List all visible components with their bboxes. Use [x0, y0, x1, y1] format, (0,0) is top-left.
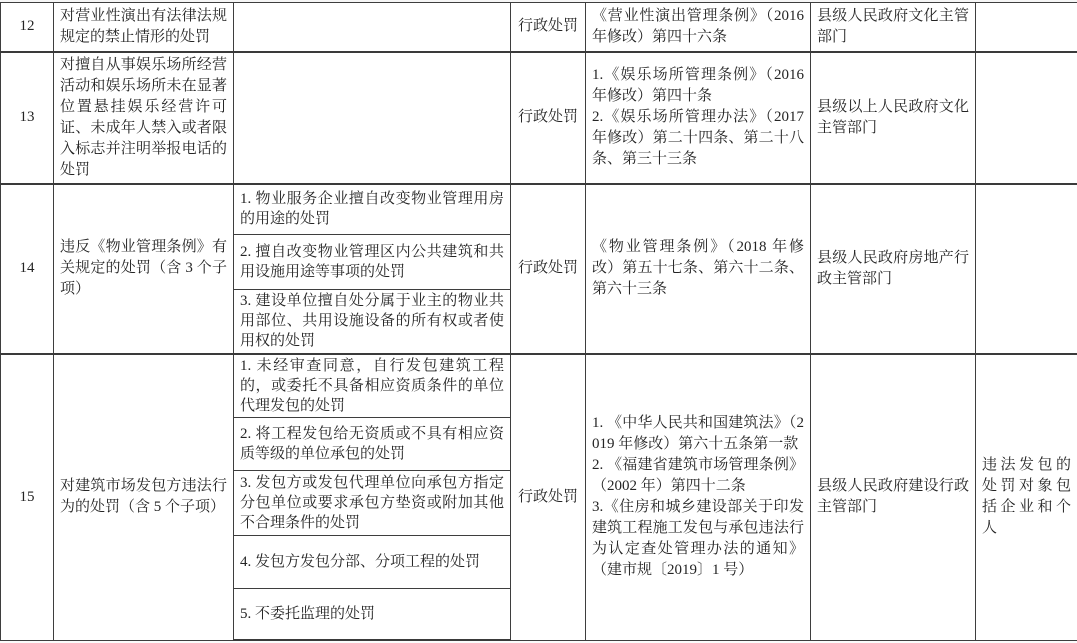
row14-item: 违反《物业管理条例》有关规定的处罚（含 3 个子项）: [54, 184, 234, 354]
row15-subitem-2: 2. 将工程发包给无资质或不具有相应资质等级的单位承包的处罚: [234, 417, 511, 470]
row15-remark: 违法发包的处罚对象包括企业和个人: [976, 354, 1077, 641]
row12-remark: [976, 3, 1077, 52]
row15-subitem-4: 4. 发包方发包分部、分项工程的处罚: [234, 535, 511, 588]
row13-remark: [976, 52, 1077, 184]
penalty-table: 12 对营业性演出有法律法规规定的禁止情形的处罚 行政处罚 《营业性演出管理条例…: [0, 2, 1077, 641]
row15-subitem-5: 5. 不委托监理的处罚: [234, 588, 511, 640]
row15-subitem-1: 1. 未经审查同意，自行发包建筑工程的，或委托不具备相应资质条件的单位代理发包的…: [234, 354, 511, 418]
row14-penalty-type: 行政处罚: [511, 184, 586, 354]
row13-subitem-empty: [234, 52, 511, 184]
table-row: 14 违反《物业管理条例》有关规定的处罚（含 3 个子项） 1. 物业服务企业擅…: [1, 184, 1077, 235]
row14-seq: 14: [1, 184, 54, 354]
row12-authority: 县级人民政府文化主管部门: [811, 3, 976, 52]
document-page: 12 对营业性演出有法律法规规定的禁止情形的处罚 行政处罚 《营业性演出管理条例…: [0, 2, 1077, 643]
row15-seq: 15: [1, 354, 54, 641]
row12-subitem-empty: [234, 3, 511, 52]
row12-penalty-type: 行政处罚: [511, 3, 586, 52]
table-row: 15 对建筑市场发包方违法行为的处罚（含 5 个子项） 1. 未经审查同意，自行…: [1, 354, 1077, 418]
row12-seq: 12: [1, 3, 54, 52]
row14-subitem-1: 1. 物业服务企业擅自改变物业管理用房的用途的处罚: [234, 184, 511, 235]
table-row: 12 对营业性演出有法律法规规定的禁止情形的处罚 行政处罚 《营业性演出管理条例…: [1, 3, 1077, 52]
row15-legal-basis: 1. 《中华人民共和国建筑法》（2019 年修改）第六十五条第一款 2. 《福建…: [586, 354, 811, 641]
row13-legal-basis: 1.《娱乐场所管理条例》（2016 年修改）第四十条 2.《娱乐场所管理办法》（…: [586, 52, 811, 184]
row12-legal-basis: 《营业性演出管理条例》（2016 年修改）第四十六条: [586, 3, 811, 52]
row15-subitem-3: 3. 发包方或发包代理单位向承包方指定分包单位或要求承包方垫资或附加其他不合理条…: [234, 470, 511, 535]
table-row: 13 对擅自从事娱乐场所经营活动和娱乐场所未在显著位置悬挂娱乐经营许可证、未成年…: [1, 52, 1077, 184]
row14-remark: [976, 184, 1077, 354]
row13-item: 对擅自从事娱乐场所经营活动和娱乐场所未在显著位置悬挂娱乐经营许可证、未成年人禁入…: [54, 52, 234, 184]
row15-authority: 县级人民政府建设行政主管部门: [811, 354, 976, 641]
row14-legal-basis: 《物业管理条例》（2018 年修改）第五十七条、第六十二条、第六十三条: [586, 184, 811, 354]
row13-penalty-type: 行政处罚: [511, 52, 586, 184]
row13-authority: 县级以上人民政府文化主管部门: [811, 52, 976, 184]
row12-item: 对营业性演出有法律法规规定的禁止情形的处罚: [54, 3, 234, 52]
row13-seq: 13: [1, 52, 54, 184]
row15-item: 对建筑市场发包方违法行为的处罚（含 5 个子项）: [54, 354, 234, 641]
row14-subitem-3: 3. 建设单位擅自处分属于业主的物业共用部位、共用设施设备的所有权或者使用权的处…: [234, 290, 511, 354]
row14-subitem-2: 2. 擅自改变物业管理区内公共建筑和共用设施用途等事项的处罚: [234, 235, 511, 290]
row14-authority: 县级人民政府房地产行政主管部门: [811, 184, 976, 354]
row15-penalty-type: 行政处罚: [511, 354, 586, 641]
